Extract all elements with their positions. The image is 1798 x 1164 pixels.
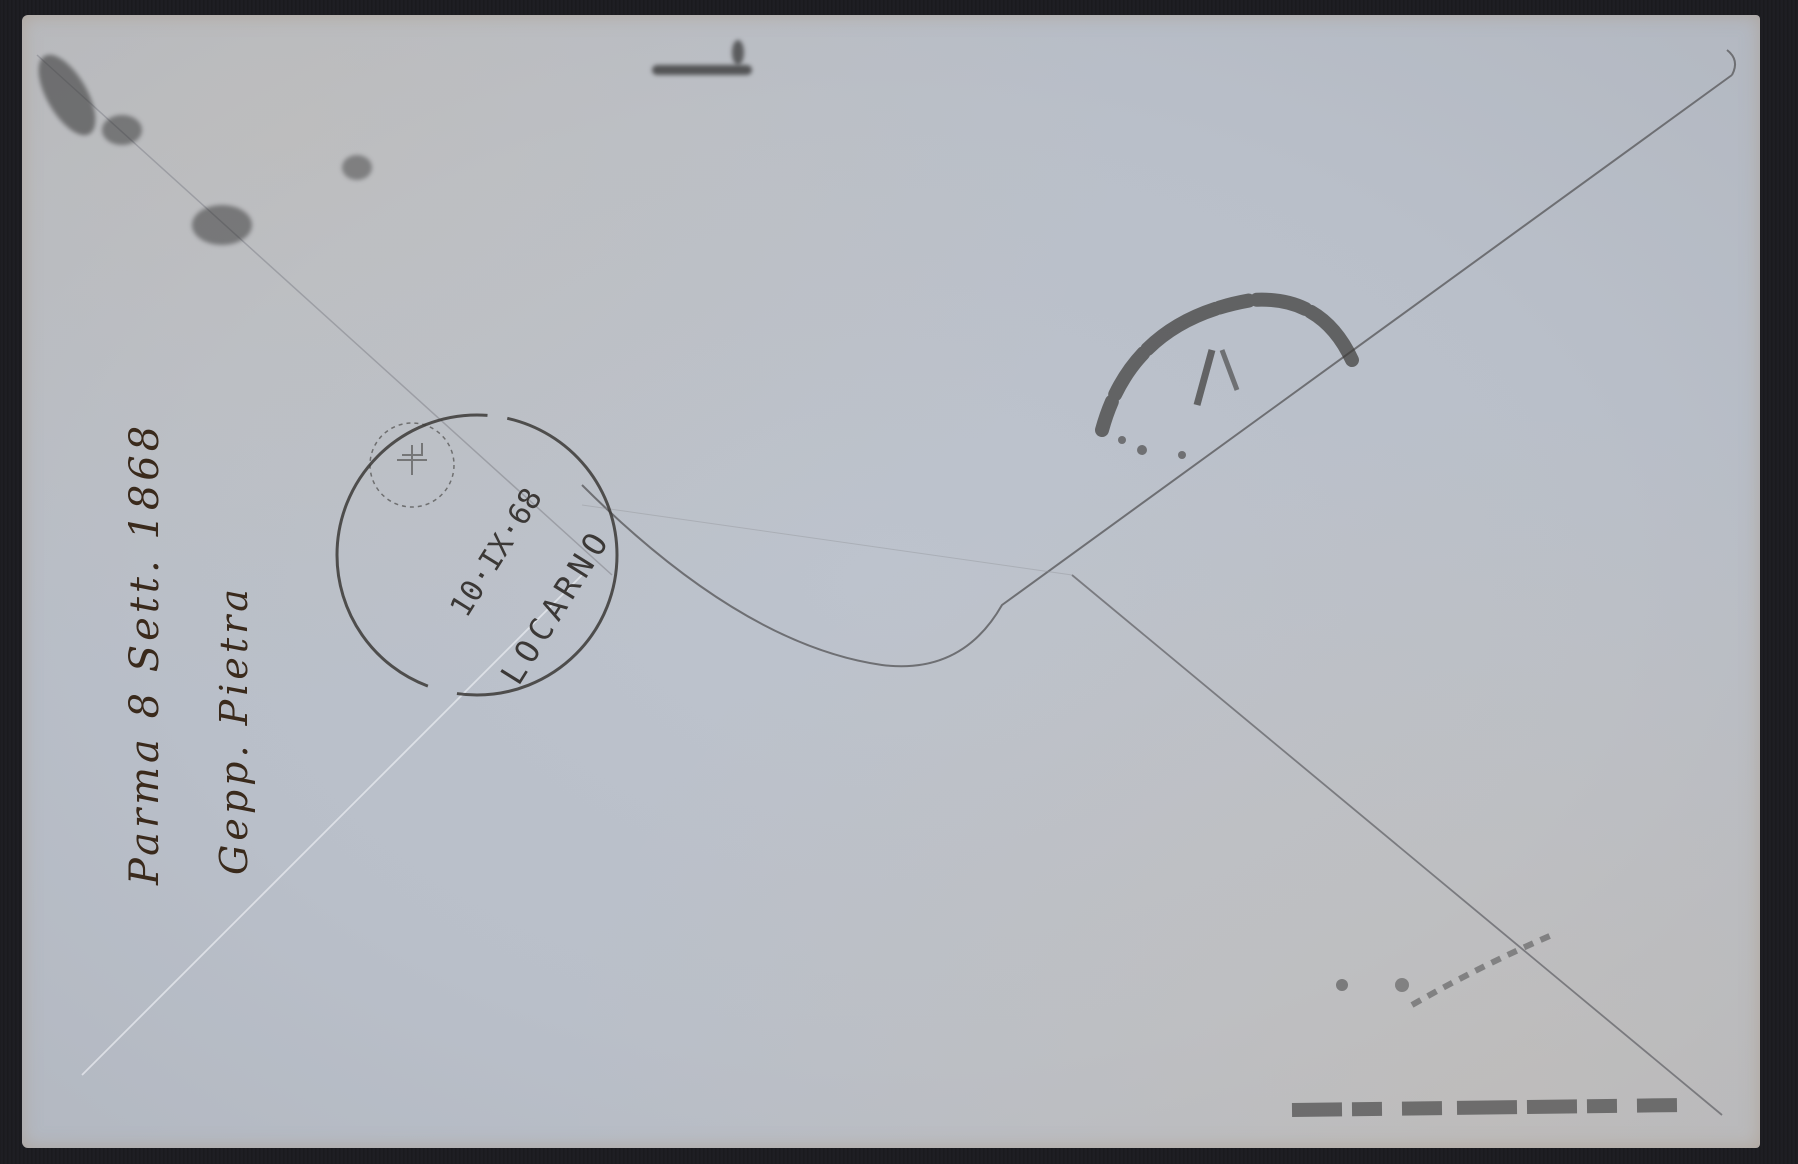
postmark-date: 10·IX·68 [444,482,550,623]
smudge-top-left-3 [342,155,372,180]
envelope-back: Parma 8 Sett. 1868 Gepp. Pietra 10·IX·68… [22,15,1760,1148]
smudge-top-center-strike [652,65,752,75]
smudge-top-left-1 [102,115,142,145]
locarno-postmark: 10·IX·68 LOCARNO [327,400,627,710]
handwritten-docket: Parma 8 Sett. 1868 Gepp. Pietra [62,315,282,915]
docket-name: Gepp. Pietra [212,585,256,875]
smudge-top-left-2 [192,205,252,245]
bottom-right-cancellation [1262,905,1742,1145]
smudge-top-center-hook [732,40,744,65]
transit-cancellation-arc [1072,280,1392,500]
docket-place-date: Parma 8 Sett. 1868 [122,422,168,885]
